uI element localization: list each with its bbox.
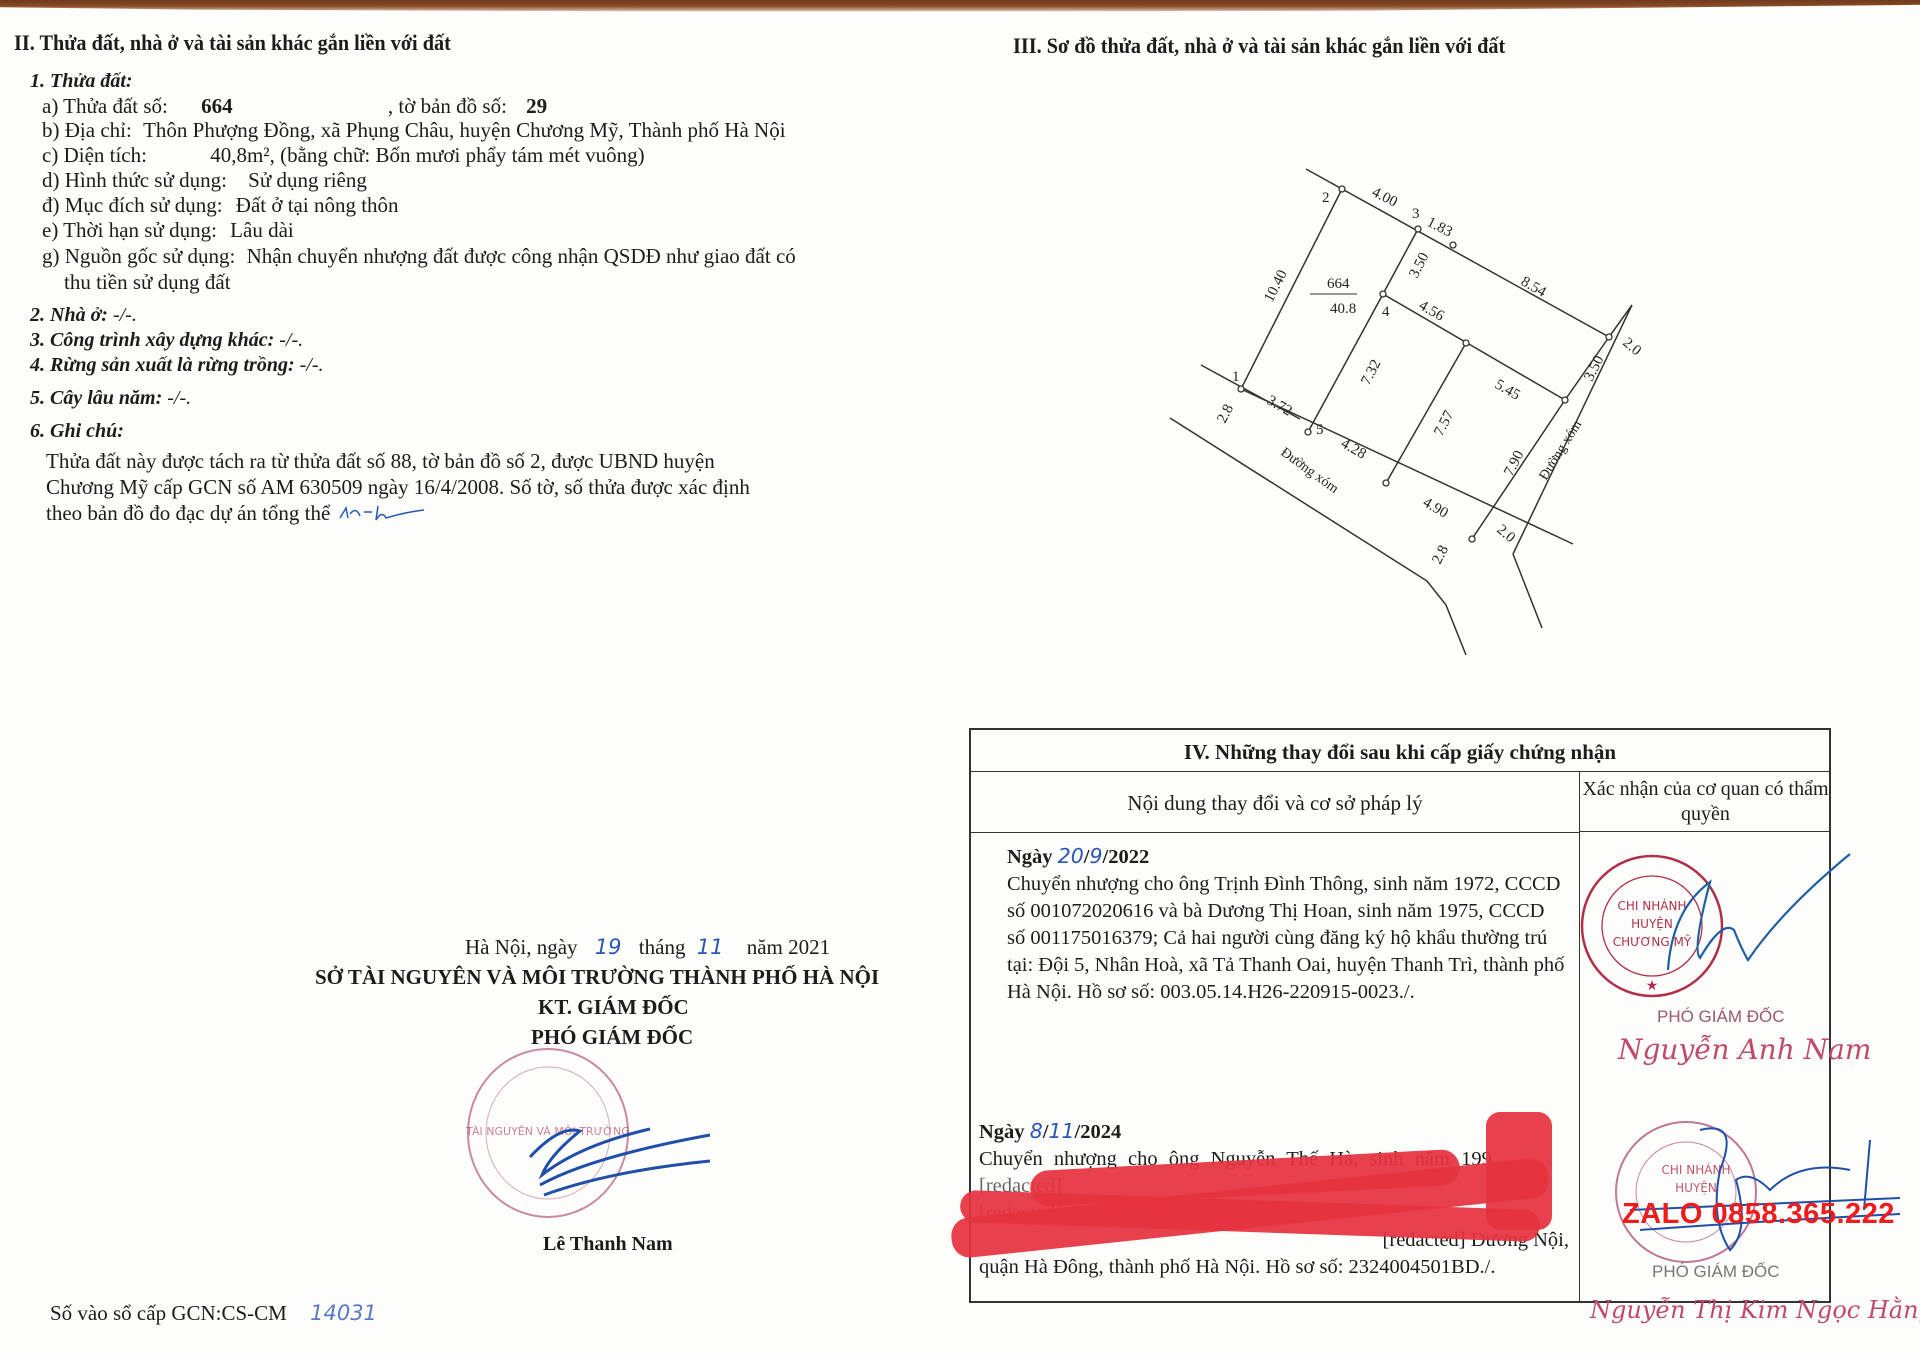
svg-text:7.90: 7.90	[1501, 448, 1527, 479]
signing-place: Hà Nội, ngày	[465, 935, 578, 959]
item-4-label: 4. Rừng sản xuất là rừng trồng:	[30, 354, 295, 376]
svg-text:HUYỆN: HUYỆN	[1631, 916, 1673, 931]
svg-text:40.8: 40.8	[1330, 301, 1356, 317]
usage-origin-label: g) Nguồn gốc sử dụng:	[42, 244, 235, 268]
watermark-contact: ZALO 0858.365.222	[1622, 1198, 1895, 1231]
date-day: 8	[1030, 1119, 1043, 1143]
signing-day: 19	[595, 935, 622, 959]
signing-year: năm 2021	[747, 935, 830, 959]
date-prefix: Ngày	[1007, 846, 1053, 868]
changes-table-title: IV. Những thay đổi sau khi cấp giấy chứn…	[971, 730, 1829, 772]
change-entry-1-line: số 001072020616 và bà Dương Thị Hoan, si…	[1007, 898, 1564, 925]
item-3-other-construction: 3. Công trình xây dựng khác: -/-.	[30, 329, 303, 352]
svg-text:3.50: 3.50	[1581, 353, 1607, 384]
column-header-confirmation: Xác nhận của cơ quan có thẩm quyền	[1579, 771, 1831, 832]
item-2-value: -/-.	[113, 304, 137, 326]
svg-text:2.0: 2.0	[1493, 522, 1518, 546]
svg-text:5.45: 5.45	[1492, 377, 1523, 404]
change-entry-1-line: Chuyển nhượng cho ông Trịnh Đình Thông, …	[1007, 871, 1564, 898]
usage-term-value: Lâu dài	[230, 218, 294, 242]
area-value: 40,8m², (bằng chữ: Bốn mươi phẩy tám mét…	[210, 143, 644, 167]
item-3-label: 3. Công trình xây dựng khác:	[30, 329, 274, 351]
svg-text:2.0: 2.0	[1619, 335, 1644, 359]
svg-text:Đường xóm: Đường xóm	[1537, 418, 1586, 483]
parcel-diagram: B 2 3 4 1 5 664 40.8 10.40 4.00 1.83 8.5…	[940, 80, 1740, 680]
usage-term-label: e) Thời hạn sử dụng:	[42, 218, 217, 242]
initials-scribble-icon	[336, 502, 426, 524]
svg-text:7.57: 7.57	[1431, 408, 1457, 439]
change-entry-1-line: tại: Đội 5, Nhân Hoà, xã Tả Thanh Oai, h…	[1007, 952, 1564, 979]
item-2-house: 2. Nhà ở: -/-.	[30, 304, 137, 327]
signing-kt-title: KT. GIÁM ĐỐC	[538, 995, 689, 1020]
svg-text:CHƯƠNG MỸ: CHƯƠNG MỸ	[1613, 934, 1692, 949]
signing-date: Hà Nội, ngày 19 tháng 11 năm 2021	[465, 935, 830, 960]
note-line-2: Chương Mỹ cấp GCN số AM 630509 ngày 16/4…	[46, 475, 750, 500]
change-entry-2-line: quận Hà Đông, thành phố Hà Nội. Hồ sơ số…	[979, 1254, 1569, 1281]
svg-text:8.54: 8.54	[1518, 274, 1549, 301]
svg-text:Đường xóm: Đường xóm	[1278, 445, 1342, 497]
svg-text:5: 5	[1316, 422, 1324, 438]
usage-origin-value: Nhận chuyển nhượng đất được công nhận QS…	[247, 244, 796, 268]
item-4-value: -/-.	[300, 354, 324, 376]
confirm-2-signer: Nguyễn Thị Kim Ngọc Hằng	[1590, 1296, 1920, 1324]
change-entry-1: Ngày 20/9/2022 Chuyển nhượng cho ông Trị…	[1007, 843, 1564, 1006]
svg-text:TÀI NGUYÊN VÀ MÔI TRƯỜNG: TÀI NGUYÊN VÀ MÔI TRƯỜNG	[465, 1125, 630, 1138]
date-day: 20	[1058, 844, 1084, 868]
date-prefix: Ngày	[979, 1121, 1025, 1143]
table-edge-background	[0, 0, 1920, 12]
confirm-2-position: PHÓ GIÁM ĐỐC	[1652, 1262, 1780, 1282]
usage-purpose-label: đ) Mục đích sử dụng:	[42, 193, 223, 217]
item-5-label: 5. Cây lâu năm:	[30, 387, 162, 409]
svg-text:3.50: 3.50	[1406, 250, 1432, 281]
registration-office-seal-icon: CHI NHÁNH HUYỆN CHƯƠNG MỸ ★	[1572, 830, 1872, 1020]
address-row: b) Địa chỉ: Thôn Phượng Đồng, xã Phụng C…	[42, 118, 786, 143]
area-label: c) Diện tích:	[42, 143, 147, 167]
svg-text:1: 1	[1232, 369, 1240, 385]
date-year: /2022	[1103, 846, 1150, 868]
item-3-value: -/-.	[279, 329, 303, 351]
official-seal-icon: TÀI NGUYÊN VÀ MÔI TRƯỜNG	[460, 1045, 730, 1225]
svg-text:7.32: 7.32	[1358, 357, 1384, 388]
confirm-1-signer: Nguyễn Anh Nam	[1618, 1033, 1871, 1066]
signing-month-label: tháng	[639, 935, 686, 959]
svg-text:HUYỆN: HUYỆN	[1675, 1180, 1717, 1195]
map-sheet-value: 29	[526, 94, 547, 118]
redaction-mark	[1486, 1112, 1552, 1230]
usage-purpose-value: Đất ở tại nông thôn	[236, 193, 399, 217]
svg-text:3.72: 3.72	[1264, 393, 1295, 420]
item-5-perennial: 5. Cây lâu năm: -/-.	[30, 387, 191, 410]
registry-number: Số vào sổ cấp GCN:CS-CM 14031	[50, 1301, 377, 1326]
item-4-forest: 4. Rừng sản xuất là rừng trồng: -/-.	[30, 354, 324, 377]
svg-text:★: ★	[1646, 979, 1659, 994]
item-1-heading: 1. Thửa đất:	[30, 70, 133, 93]
usage-origin-row: g) Nguồn gốc sử dụng: Nhận chuyển nhượng…	[42, 244, 796, 269]
parcel-number-value: 664	[201, 94, 233, 118]
section-2-title: II. Thửa đất, nhà ở và tài sản khác gắn …	[14, 30, 451, 56]
date-year: /2024	[1075, 1121, 1122, 1143]
note-line-3: theo bản đồ đo đạc dự án tổng thể	[46, 501, 426, 526]
usage-form-row: d) Hình thức sử dụng: Sử dụng riêng	[42, 168, 367, 193]
usage-form-value: Sử dụng riêng	[248, 168, 367, 192]
note-line-3-text: theo bản đồ đo đạc dự án tổng thể	[46, 501, 330, 525]
svg-text:CHI NHÁNH: CHI NHÁNH	[1618, 898, 1687, 913]
item-2-label: 2. Nhà ở:	[30, 304, 108, 326]
svg-text:4.56: 4.56	[1416, 298, 1447, 325]
address-label: b) Địa chỉ:	[42, 118, 132, 142]
svg-text:4.90: 4.90	[1420, 495, 1451, 522]
svg-text:664: 664	[1327, 276, 1350, 292]
usage-origin-value-cont: thu tiền sử dụng đất	[64, 270, 231, 295]
change-entry-1-line: Hà Nội. Hồ sơ số: 003.05.14.H26-220915-0…	[1007, 979, 1564, 1006]
change-entry-1-line: số 001175016379; Cả hai người cùng đăng …	[1007, 925, 1564, 952]
svg-text:4: 4	[1382, 304, 1390, 320]
signer-name: Lê Thanh Nam	[543, 1233, 673, 1256]
svg-text:4.28: 4.28	[1338, 436, 1369, 463]
svg-text:3: 3	[1412, 206, 1420, 222]
confirm-1-position: PHÓ GIÁM ĐỐC	[1657, 1007, 1785, 1027]
change-entry-2-date: Ngày 8/11/2024	[979, 1118, 1569, 1146]
issuing-agency: SỞ TÀI NGUYÊN VÀ MÔI TRƯỜNG THÀNH PHỐ HÀ…	[315, 965, 879, 990]
date-month: 11	[1048, 1119, 1074, 1143]
column-header-content: Nội dung thay đổi và cơ sở pháp lý	[971, 771, 1579, 833]
usage-term-row: e) Thời hạn sử dụng: Lâu dài	[42, 218, 294, 243]
item-6-notes-heading: 6. Ghi chú:	[30, 420, 124, 443]
svg-text:2.8: 2.8	[1429, 543, 1452, 567]
svg-text:2: 2	[1322, 190, 1330, 206]
note-line-1: Thửa đất này được tách ra từ thửa đất số…	[46, 449, 715, 474]
date-month: 9	[1089, 844, 1102, 868]
usage-form-label: d) Hình thức sử dụng:	[42, 168, 227, 192]
registry-value: 14031	[310, 1301, 377, 1325]
registration-office-seal-2-icon: CHI NHÁNH HUYỆN	[1600, 1110, 1920, 1280]
registry-label: Số vào sổ cấp GCN:CS-CM	[50, 1301, 287, 1325]
parcel-number-row: a) Thửa đất số: 664 , tờ bản đồ số: 29	[42, 94, 547, 119]
area-row: c) Diện tích: 40,8m², (bằng chữ: Bốn mươ…	[42, 143, 645, 168]
usage-purpose-row: đ) Mục đích sử dụng: Đất ở tại nông thôn	[42, 193, 399, 218]
address-value: Thôn Phượng Đồng, xã Phụng Châu, huyện C…	[143, 118, 785, 142]
section-3-title: III. Sơ đồ thửa đất, nhà ở và tài sản kh…	[1013, 33, 1505, 59]
change-entry-1-date: Ngày 20/9/2022	[1007, 843, 1564, 871]
map-sheet-label: , tờ bản đồ số:	[388, 94, 507, 118]
signing-month: 11	[697, 935, 724, 959]
svg-text:2.8: 2.8	[1214, 402, 1237, 426]
item-5-value: -/-.	[167, 387, 191, 409]
parcel-number-label: a) Thửa đất số:	[42, 94, 168, 118]
